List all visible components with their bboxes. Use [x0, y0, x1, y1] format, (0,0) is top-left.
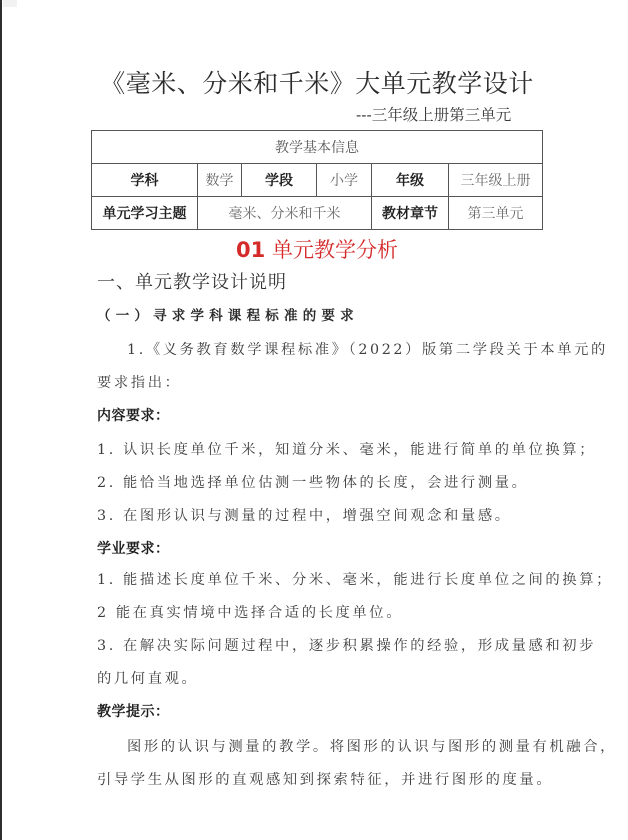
list-item: 3. 在图形认识与测量的过程中，增强空间观念和量感。: [97, 505, 512, 525]
list-item: 2 能在真实情境中选择合适的长度单位。: [97, 602, 403, 622]
theme-value: 毫米、分米和千米: [198, 197, 372, 230]
part-heading: 一、单元教学设计说明: [97, 268, 287, 294]
list-item: 1. 能描述长度单位千米、分米、毫米，能进行长度单位之间的换算；: [97, 569, 613, 589]
teaching-tips-line-1: 图形的认识与测量的教学。将图形的认识与图形的测量有机融合，: [127, 736, 617, 756]
chapter-label: 教材章节: [372, 197, 449, 230]
table-caption-row: 教学基本信息: [92, 131, 543, 164]
stage-label: 学段: [242, 164, 317, 197]
section-number: 01: [236, 238, 265, 262]
list-item: 的几何直观。: [97, 668, 198, 688]
basic-info-table: 教学基本信息 学科 数学 学段 小学 年级 三年级上册 单元学习主题 毫米、分米…: [91, 130, 543, 230]
grade-label: 年级: [372, 164, 449, 197]
section-heading: 01 单元教学分析: [0, 234, 628, 264]
page-left-edge: [0, 0, 2, 840]
teaching-tips-line-2: 引导学生从图形的直观感知到探索特征，并进行图形的度量。: [97, 769, 553, 789]
document-subtitle: ---三年级上册第三单元: [356, 103, 511, 125]
theme-label: 单元学习主题: [92, 197, 198, 230]
grade-value: 三年级上册: [449, 164, 543, 197]
list-item: 3. 在解决实际问题过程中，逐步积累操作的经验，形成量感和初步: [97, 635, 596, 655]
document-title: 《毫米、分米和千米》大单元教学设计: [0, 64, 628, 100]
intro-line-2: 要求指出：: [97, 372, 181, 392]
content-requirements-heading: 内容要求：: [97, 405, 170, 425]
academic-requirements-heading: 学业要求：: [97, 538, 170, 558]
stage-value: 小学: [317, 164, 372, 197]
subject-value: 数学: [198, 164, 242, 197]
table-caption: 教学基本信息: [92, 131, 543, 164]
intro-line-1: 1.《义务教育数学课程标准》（2022）版第二学段关于本单元的: [127, 339, 608, 359]
list-item: 2. 能恰当地选择单位估测一些物体的长度，会进行测量。: [97, 472, 529, 492]
scan-artifact: [3, 0, 17, 7]
section-title: 单元教学分析: [272, 238, 398, 262]
list-item: 1. 认识长度单位千米，知道分米、毫米，能进行简单的单位换算；: [97, 439, 596, 459]
sub-heading: （一）寻求学科课程标准的要求: [97, 304, 359, 324]
subject-label: 学科: [92, 164, 198, 197]
table-row: 学科 数学 学段 小学 年级 三年级上册: [92, 164, 543, 197]
chapter-value: 第三单元: [449, 197, 543, 230]
table-row: 单元学习主题 毫米、分米和千米 教材章节 第三单元: [92, 197, 543, 230]
teaching-tips-heading: 教学提示：: [97, 701, 170, 721]
